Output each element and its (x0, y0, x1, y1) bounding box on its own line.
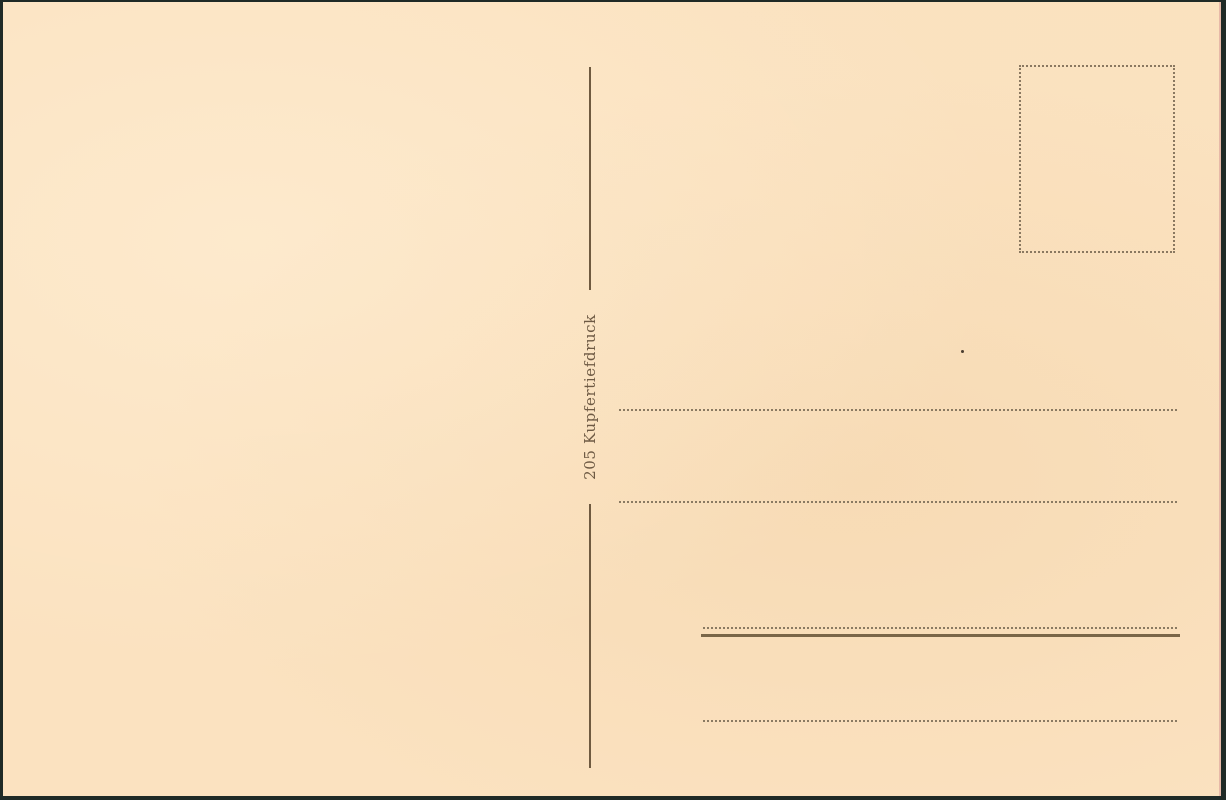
paper-speck (961, 350, 964, 353)
address-line-4 (703, 720, 1177, 722)
address-line-solid (701, 634, 1180, 637)
stamp-box (1019, 65, 1175, 253)
address-line-2 (619, 501, 1177, 503)
printer-mark: 205 Kupfertiefdruck (581, 314, 599, 480)
postcard-back: 205 Kupfertiefdruck (3, 2, 1221, 796)
center-divider-bottom (589, 504, 591, 768)
center-divider-top (589, 67, 591, 290)
address-line-1 (619, 409, 1177, 411)
address-line-3 (703, 627, 1177, 629)
